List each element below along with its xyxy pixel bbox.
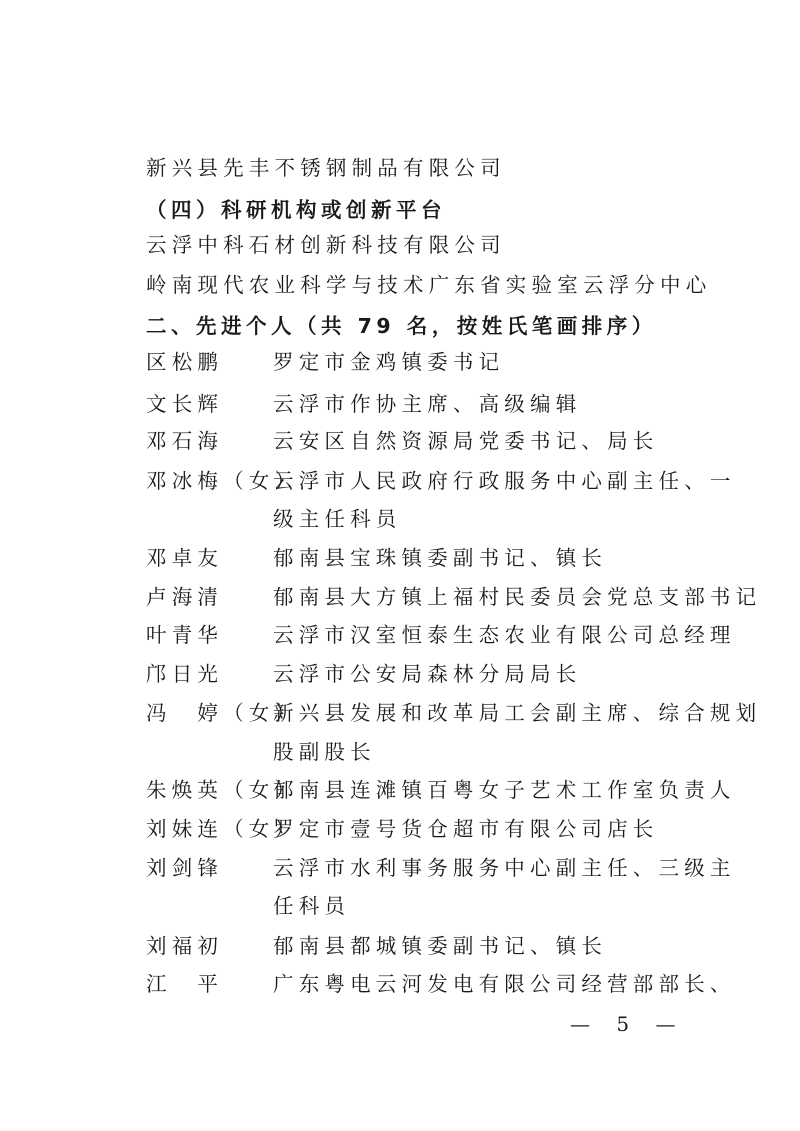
company-line: 新兴县先丰不锈钢制品有限公司 (146, 155, 506, 181)
company-line: 岭南现代农业科学与技术广东省实验室云浮分中心 (146, 272, 711, 298)
person-role: 郁南县都城镇委副书记、镇长 (273, 933, 607, 959)
person-role: 云浮市公安局森林分局局长 (273, 661, 581, 687)
person-name: 邓卓友 (146, 545, 223, 571)
section-heading-research: （四）科研机构或创新平台 (146, 197, 446, 223)
company-line: 云浮中科石材创新科技有限公司 (146, 232, 506, 258)
person-name: 刘福初 (146, 933, 223, 959)
person-name: 叶青华 (146, 622, 223, 648)
person-name: 卢海清 (146, 584, 223, 610)
person-role: 新兴县发展和改革局工会副主席、综合规划 (273, 700, 761, 726)
person-role: 云安区自然资源局党委书记、局长 (273, 428, 659, 454)
person-role: 云浮市水利事务服务中心副主任、三级主 (273, 855, 736, 881)
person-role: 广东粤电云河发电有限公司经营部部长、 (273, 971, 736, 997)
person-role: 郁南县大方镇上福村民委员会党总支部书记 (273, 584, 761, 610)
person-role-continued: 任科员 (273, 893, 350, 919)
person-name: 文长辉 (146, 391, 223, 417)
person-role: 罗定市壹号货仓超市有限公司店长 (273, 816, 659, 842)
person-role-continued: 股副股长 (273, 739, 376, 765)
person-name: 区松鹏 (146, 349, 223, 375)
person-role-continued: 级主任科员 (273, 506, 402, 532)
person-role: 郁南县宝珠镇委副书记、镇长 (273, 545, 607, 571)
document-page: 新兴县先丰不锈钢制品有限公司 （四）科研机构或创新平台 云浮中科石材创新科技有限… (0, 0, 800, 1131)
page-number: — 5 — (570, 1012, 685, 1036)
person-role: 罗定市金鸡镇委书记 (273, 349, 504, 375)
person-name: 邝日光 (146, 661, 223, 687)
person-name: 邓石海 (146, 428, 223, 454)
section-heading-individuals: 二、先进个人（共 79 名，按姓氏笔画排序） (146, 313, 657, 339)
person-name: 刘剑锋 (146, 855, 223, 881)
person-role: 云浮市人民政府行政服务中心副主任、一 (273, 468, 736, 494)
person-role: 郁南县连滩镇百粤女子艺术工作室负责人 (273, 777, 736, 803)
person-name: 江 平 (146, 971, 223, 997)
person-role: 云浮市汉室恒泰生态农业有限公司总经理 (273, 622, 736, 648)
person-role: 云浮市作协主席、高级编辑 (273, 391, 581, 417)
